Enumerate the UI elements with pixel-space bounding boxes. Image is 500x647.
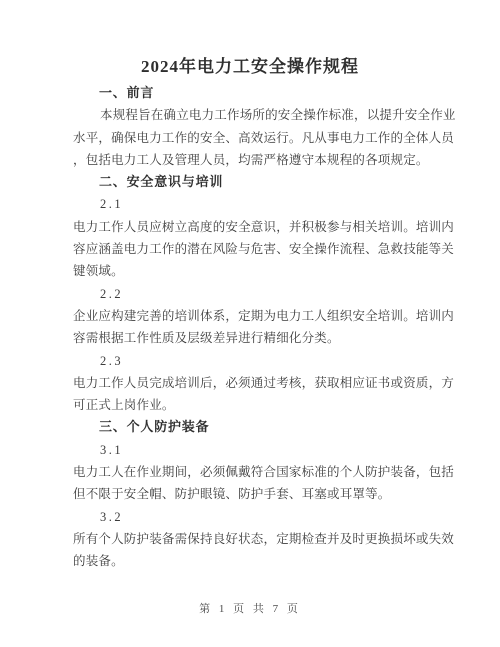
paragraph-line: 本规程旨在确立电力工作场所的安全操作标准，以提升安全作业 [73, 104, 433, 126]
document-title: 2024年电力工安全操作规程 [0, 55, 500, 79]
paragraph-line: 可正式上岗作业。 [73, 394, 433, 416]
clause-number: 3.2 [73, 506, 433, 528]
paragraph-line: 电力工作人员完成培训后，必须通过考核，获取相应证书或资质，方 [73, 372, 433, 394]
paragraph-line: 电力工人在作业期间，必须佩戴符合国家标准的个人防护装备，包括 [73, 461, 433, 483]
page-footer: 第 1 页 共 7 页 [0, 602, 500, 617]
paragraph-line: 企业应构建完善的培训体系，定期为电力工人组织安全培训。培训内 [73, 305, 433, 327]
paragraph-line: 所有个人防护装备需保持良好状态，定期检查并及时更换损坏或失效 [73, 528, 433, 550]
document-body: 一、前言 本规程旨在确立电力工作场所的安全操作标准，以提升安全作业 水平，确保电… [73, 82, 433, 573]
paragraph-line: 水平，确保电力工作的安全、高效运行。凡从事电力工作的全体人员 [73, 127, 433, 149]
paragraph-line: 但不限于安全帽、防护眼镜、防护手套、耳塞或耳罩等。 [73, 483, 433, 505]
section-heading-safety-training: 二、安全意识与培训 [73, 171, 433, 193]
clause-number: 3.1 [73, 439, 433, 461]
paragraph-line: 电力工作人员应树立高度的安全意识，并积极参与相关培训。培训内 [73, 216, 433, 238]
section-heading-ppe: 三、个人防护装备 [73, 416, 433, 438]
paragraph-line: ，包括电力工人及管理人员，均需严格遵守本规程的各项规定。 [73, 149, 433, 171]
clause-number: 2.2 [73, 283, 433, 305]
paragraph-line: 容应涵盖电力工作的潜在风险与危害、安全操作流程、急救技能等关 [73, 238, 433, 260]
clause-number: 2.3 [73, 350, 433, 372]
paragraph-line: 键领域。 [73, 260, 433, 282]
paragraph-line: 的装备。 [73, 550, 433, 572]
document-page: 2024年电力工安全操作规程 一、前言 本规程旨在确立电力工作场所的安全操作标准… [0, 0, 500, 647]
section-heading-foreword: 一、前言 [73, 82, 433, 104]
paragraph-line: 容需根据工作性质及层级差异进行精细化分类。 [73, 327, 433, 349]
clause-number: 2.1 [73, 193, 433, 215]
